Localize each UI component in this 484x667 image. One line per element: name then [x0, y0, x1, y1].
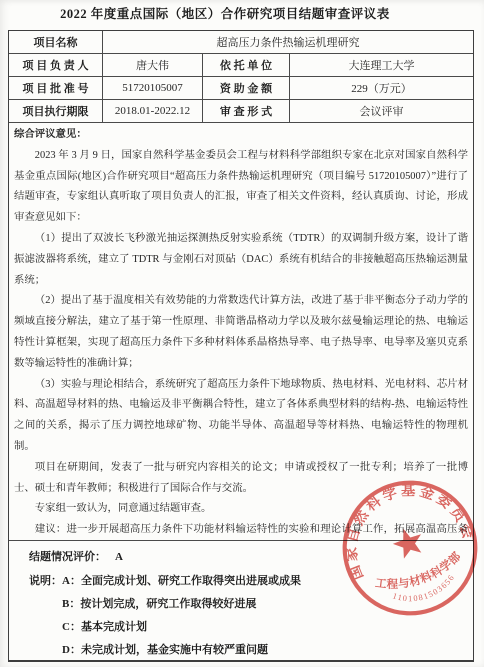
field-value-funding-amount: 229（万元） [290, 77, 473, 100]
rating-legend-item-b: B：按计划完成，研究工作取得较好进展 [62, 593, 467, 616]
field-value-host-institution: 大连理工大学 [290, 54, 473, 77]
review-form-table: 项目名称 超高压力条件热输运机理研究 项 目 负 责 人 唐大伟 依 托 单 位… [8, 30, 474, 662]
rating-legend-item-c: C：基本完成计划 [62, 616, 467, 639]
rating-legend-items: A：全面完成计划、研究工作取得突出进展或成果 B：按计划完成，研究工作取得较好进… [62, 570, 467, 660]
document-title: 2022 年度重点国际（地区）合作研究项目结题审查评议表 [0, 4, 484, 24]
conclusion-rating-grade: A [115, 551, 123, 563]
review-paragraph: 2023 年 3 月 9 日，国家自然科学基金委员会工程与材料科学部组织专家在北… [14, 146, 468, 229]
review-paragraph: （1）提出了双波长飞秒激光抽运探测热反射实验系统（TDTR）的双调制升级方案，设… [14, 229, 468, 291]
scanned-document-page: 2022 年度重点国际（地区）合作研究项目结题审查评议表 项目名称 超高压力条件… [0, 0, 484, 667]
field-label-grant-number: 项 目 批 准 号 [9, 77, 103, 100]
review-paragraph: （2）提出了基于温度相关有效势能的力常数迭代计算方法，改进了基于非平衡态分子动力… [14, 291, 468, 374]
field-value-grant-number: 51720105007 [103, 77, 203, 100]
field-value-review-format: 会议评审 [290, 100, 473, 123]
review-opinion-heading: 综合评议意见： [14, 125, 468, 146]
field-label-host-institution: 依 托 单 位 [203, 54, 290, 77]
review-paragraph: 项目在研期间，发表了一批与研究内容相关的论文；申请或授权了一批专利；培养了一批博… [14, 458, 468, 500]
field-label-project-name: 项目名称 [9, 31, 103, 54]
conclusion-rating-label: 结题情况评价： [29, 551, 106, 563]
rating-legend-label: 说明： [29, 570, 62, 593]
field-value-project-leader: 唐大伟 [103, 54, 203, 77]
field-label-project-leader: 项 目 负 责 人 [9, 54, 103, 77]
review-opinion-section: 综合评议意见： 2023 年 3 月 9 日，国家自然科学基金委员会工程与材料科… [9, 123, 473, 541]
field-label-funding-amount: 资 助 金 额 [203, 77, 290, 100]
rating-legend-item-a: A：全面完成计划、研究工作取得突出进展或成果 [62, 570, 467, 593]
conclusion-rating-line: 结题情况评价：A [29, 546, 467, 568]
project-info-table: 项目名称 超高压力条件热输运机理研究 项 目 负 责 人 唐大伟 依 托 单 位… [9, 31, 473, 123]
review-paragraph: （3）实验与理论相结合，系统研究了超高压力条件下地球物质、热电材料、光电材料、芯… [14, 375, 468, 458]
rating-legend: 说明： A：全面完成计划、研究工作取得突出进展或成果 B：按计划完成，研究工作取… [29, 570, 467, 660]
field-label-project-period: 项目执行期限 [9, 100, 103, 123]
field-value-project-name: 超高压力条件热输运机理研究 [103, 31, 473, 54]
field-label-review-format: 审 查 形 式 [203, 100, 290, 123]
review-paragraph: 专家组一致认为，同意通过结题审查。 [14, 499, 468, 520]
rating-legend-item-d: D：未完成计划，基金实施中有较严重问题 [62, 639, 467, 660]
field-value-project-period: 2018.01-2022.12 [103, 100, 203, 123]
conclusion-rating-section: 结题情况评价：A 说明： A：全面完成计划、研究工作取得突出进展或成果 B：按计… [9, 541, 473, 660]
review-paragraph: 建议：进一步开展超高压力条件下功能材料输运特性的实验和理论计算工作，拓展高温高压… [14, 520, 468, 541]
